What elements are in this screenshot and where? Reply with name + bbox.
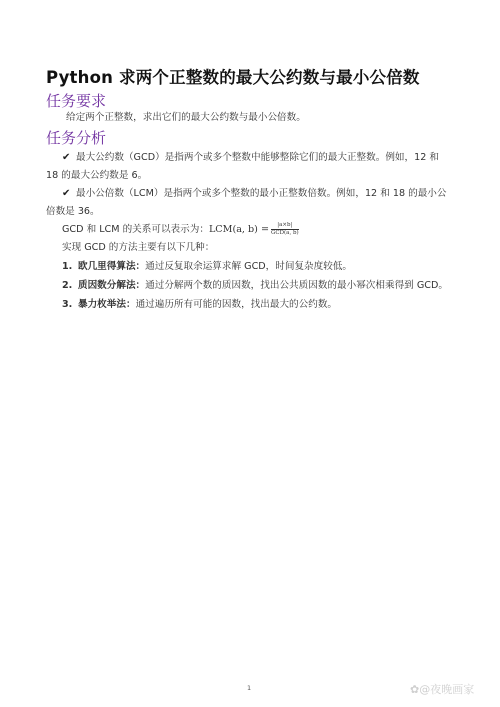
- bullet-lcm-line1: 最小公倍数（LCM）是指两个或多个整数的最小正整数倍数。例如，12 和 18 的…: [76, 188, 446, 199]
- method-name: 质因数分解法：: [78, 280, 145, 291]
- section-heading-analysis: 任务分析: [46, 127, 106, 148]
- formula-numerator: |a×b|: [271, 222, 299, 230]
- method-name: 暴力枚举法：: [78, 299, 136, 310]
- page-number: 1: [247, 684, 251, 692]
- requirements-paragraph: 给定两个正整数，求出它们的最大公约数与最小公倍数。: [66, 108, 306, 128]
- bullet-gcd-line2: 18 的最大公约数是 6。: [46, 166, 147, 186]
- method-number: 2.: [62, 276, 78, 296]
- method-desc: 通过反复取余运算求解 GCD，时间复杂度较低。: [145, 261, 352, 272]
- method-item: 3.暴力枚举法：通过遍历所有可能的因数，找出最大的公约数。: [62, 295, 337, 315]
- relation-text: GCD 和 LCM 的关系可以表示为：: [62, 224, 209, 235]
- method-item: 2.质因数分解法：通过分解两个数的质因数，找出公共质因数的最小幂次相乘得到 GC…: [62, 276, 448, 296]
- method-desc: 通过遍历所有可能的因数，找出最大的公约数。: [136, 299, 337, 310]
- relation-line: GCD 和 LCM 的关系可以表示为：LCM(a, b) =|a×b|GCD(a…: [62, 220, 299, 240]
- checkmark-icon: ✔: [62, 148, 76, 168]
- formula-lhs: LCM(a, b) =: [209, 224, 269, 235]
- methods-intro: 实现 GCD 的方法主要有以下几种：: [62, 238, 214, 258]
- checkmark-icon: ✔: [62, 184, 76, 204]
- method-desc: 通过分解两个数的质因数，找出公共质因数的最小幂次相乘得到 GCD。: [145, 280, 448, 291]
- document-title: Python 求两个正整数的最大公约数与最小公倍数: [46, 64, 420, 88]
- bullet-lcm-line2: 倍数是 36。: [46, 202, 100, 222]
- formula-denominator: GCD(a, b): [271, 230, 299, 237]
- bullet-gcd-line1: 最大公约数（GCD）是指两个或多个整数中能够整除它们的最大正整数。例如，12 和: [76, 152, 439, 163]
- document-page: Python 求两个正整数的最大公约数与最小公倍数 任务要求 给定两个正整数，求…: [0, 0, 500, 707]
- method-number: 1.: [62, 257, 78, 277]
- bullet-gcd: ✔最大公约数（GCD）是指两个或多个整数中能够整除它们的最大正整数。例如，12 …: [62, 148, 439, 168]
- watermark: ✿@夜晚画家: [410, 681, 474, 697]
- bullet-lcm: ✔最小公倍数（LCM）是指两个或多个整数的最小正整数倍数。例如，12 和 18 …: [62, 184, 446, 204]
- method-number: 3.: [62, 295, 78, 315]
- formula-fraction: |a×b|GCD(a, b): [271, 222, 299, 237]
- method-name: 欧几里得算法：: [78, 261, 145, 272]
- method-item: 1.欧几里得算法：通过反复取余运算求解 GCD，时间复杂度较低。: [62, 257, 352, 277]
